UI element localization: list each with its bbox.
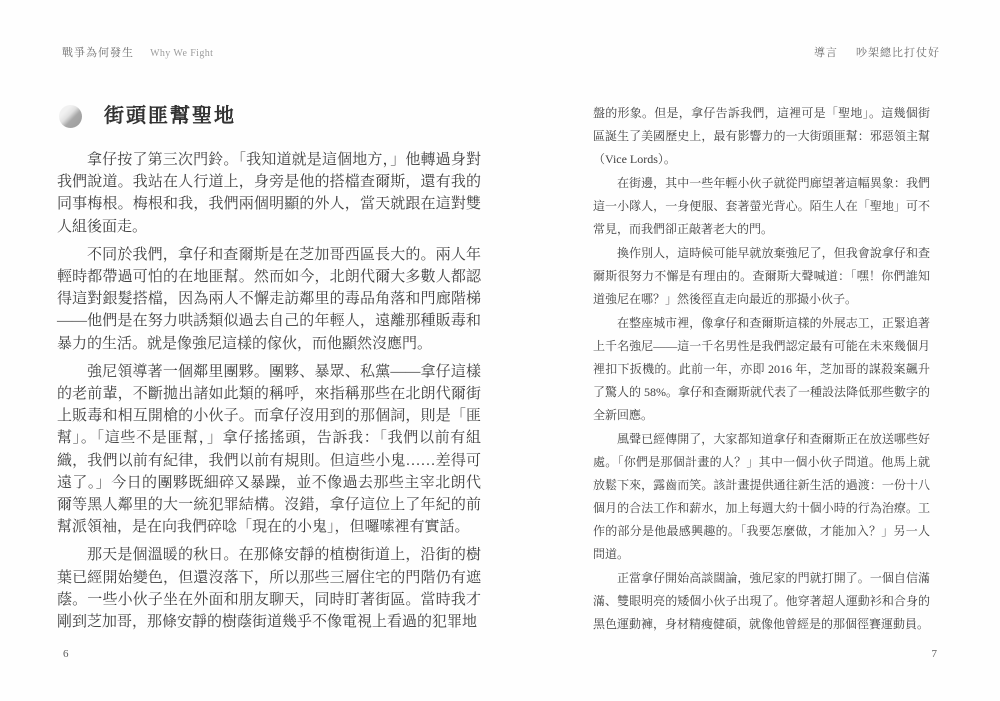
section-title: 街頭匪幫聖地: [104, 104, 236, 128]
chapter-section-label: 導言: [814, 47, 838, 59]
page-number-right: 7: [932, 648, 938, 660]
paragraph: 換作別人，這時候可能早就放棄強尼了，但我會說拿仔和查爾斯很努力不懈是有理由的。查…: [593, 242, 930, 311]
paragraph: 那天是個溫暖的秋日。在那條安靜的植樹街道上，沿街的樹葉已經開始變色，但還沒落下，…: [57, 544, 481, 633]
paragraph: 在整座城市裡，像拿仔和查爾斯這樣的外展志工，正緊追著上千名強尼——這一千名男性是…: [593, 312, 930, 427]
left-page-body: 拿仔按了第三次門鈴。「我知道就是這個地方，」他轉過身對我們說道。我站在人行道上，…: [57, 149, 481, 639]
running-head-left: 戰爭為何發生 Why We Fight: [62, 44, 213, 60]
right-page-body: 盤的形象。但是，拿仔告訴我們，這裡可是「聖地」。這幾個街區誕生了美國歷史上，最有…: [593, 102, 930, 637]
sphere-icon: [59, 105, 82, 128]
chapter-title: 吵架總比打仗好: [856, 47, 940, 59]
paragraph: 風聲已經傳開了，大家都知道拿仔和查爾斯正在放送哪些好處。「你們是那個計畫的人？」…: [593, 428, 930, 566]
paragraph: 正當拿仔開始高談闊論，強尼家的門就打開了。一個自信滿滿、雙眼明亮的矮個小伙子出現…: [593, 567, 930, 636]
page-number-left: 6: [63, 648, 69, 660]
paragraph: 強尼領導著一個鄰里團夥。團夥、暴眾、私黨——拿仔這樣的老前輩，不斷拋出諸如此類的…: [57, 361, 481, 539]
book-title-latin: Why We Fight: [150, 48, 213, 59]
paragraph: 拿仔按了第三次門鈴。「我知道就是這個地方，」他轉過身對我們說道。我站在人行道上，…: [57, 149, 481, 238]
book-spread: 戰爭為何發生 Why We Fight 導言 吵架總比打仗好 街頭匪幫聖地 拿仔…: [0, 0, 1000, 701]
paragraph: 在街邊，其中一些年輕小伙子就從門廊望著這幅異象：我們這一小隊人，一身便服、套著螢…: [593, 172, 930, 241]
section-heading: 街頭匪幫聖地: [59, 104, 236, 128]
book-title: 戰爭為何發生: [62, 47, 134, 59]
paragraph: 不同於我們，拿仔和查爾斯是在芝加哥西區長大的。兩人年輕時都帶過可怕的在地匪幫。然…: [57, 244, 481, 355]
paragraph: 盤的形象。但是，拿仔告訴我們，這裡可是「聖地」。這幾個街區誕生了美國歷史上，最有…: [593, 102, 930, 171]
running-head-right: 導言 吵架總比打仗好: [814, 44, 940, 60]
